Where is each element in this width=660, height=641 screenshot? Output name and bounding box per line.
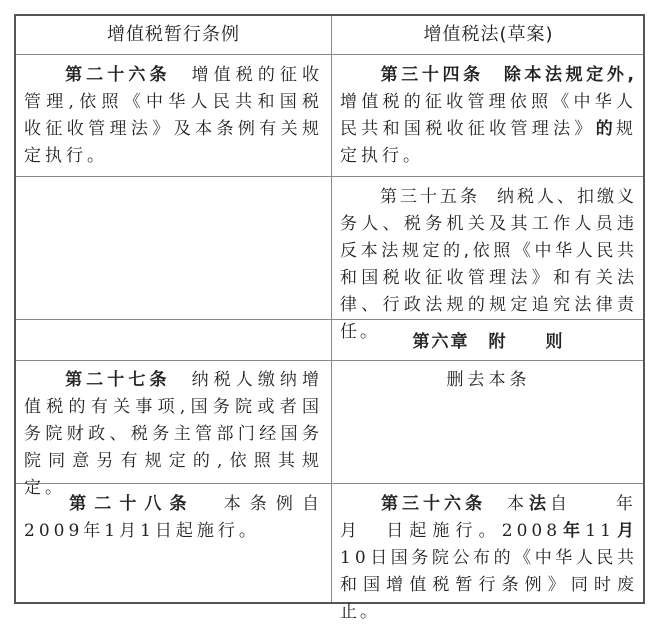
article-number: 第三十四条 xyxy=(380,65,484,85)
cell-article-26: 第二十六条 增值税的征收管理,依照《中华人民共和国税收征收管理法》及本条例有关规… xyxy=(16,62,331,170)
article-number: 第三十六条 xyxy=(380,494,486,514)
chapter-heading: 第六章 附 则 xyxy=(332,324,645,360)
article-text: 本 xyxy=(507,494,529,514)
cell-article-34: 第三十四条 除本法规定外,增值税的征收管理依照《中华人民共和国税收征收管理法》的… xyxy=(332,62,645,170)
header-draft-law: 增值税法(草案) xyxy=(332,16,645,54)
cell-article-35: 第三十五条 纳税人、扣缴义务人、税务机关及其工作人员违反本法规定的,依照《中华人… xyxy=(332,184,645,346)
article-text: 10 xyxy=(340,548,370,568)
row-divider xyxy=(16,360,643,361)
article-number: 第二十六条 xyxy=(64,65,171,85)
row-divider xyxy=(16,176,643,177)
article-number: 第二十八条 xyxy=(64,494,195,514)
article-text-bold: 日国务院公布的《中华人民共和国增值税暂行条例》同时废止。 xyxy=(340,548,637,622)
article-number: 第三十五条 xyxy=(380,187,480,207)
article-text-bold: 月 xyxy=(615,521,637,541)
cell-article-36: 第三十六条 本法自 年 月 日起施行。2008年11月10日国务院公布的《中华人… xyxy=(332,491,645,626)
article-text-bold: 法 xyxy=(529,494,550,514)
comparison-table: 增值税暂行条例 增值税法(草案) 第二十六条 增值税的征收管理,依照《中华人民共… xyxy=(14,14,645,604)
article-text-bold: 年 xyxy=(561,521,585,541)
article-text: 11 xyxy=(585,521,615,541)
deleted-note: 删去本条 xyxy=(332,367,645,394)
header-old-regulation: 增值税暂行条例 xyxy=(16,16,331,54)
article-text-bold: 除本法规定外, xyxy=(504,65,637,85)
article-text: 纳税人、扣缴义务人、税务机关及其工作人员违反本法规定的,依照《中华人民共和国税收… xyxy=(340,187,637,342)
article-text: 增值税的征收管理依照《中华人民共和国税收征收管理法》 xyxy=(340,92,637,139)
cell-article-27: 第二十七条 纳税人缴纳增值税的有关事项,国务院或者国务院财政、税务主管部门经国务… xyxy=(16,367,331,502)
article-text-bold: 的 xyxy=(596,119,616,139)
article-number: 第二十七条 xyxy=(64,370,171,390)
cell-article-28: 第二十八条 本条例自2009年1月1日起施行。 xyxy=(16,491,331,545)
row-divider xyxy=(16,54,643,55)
